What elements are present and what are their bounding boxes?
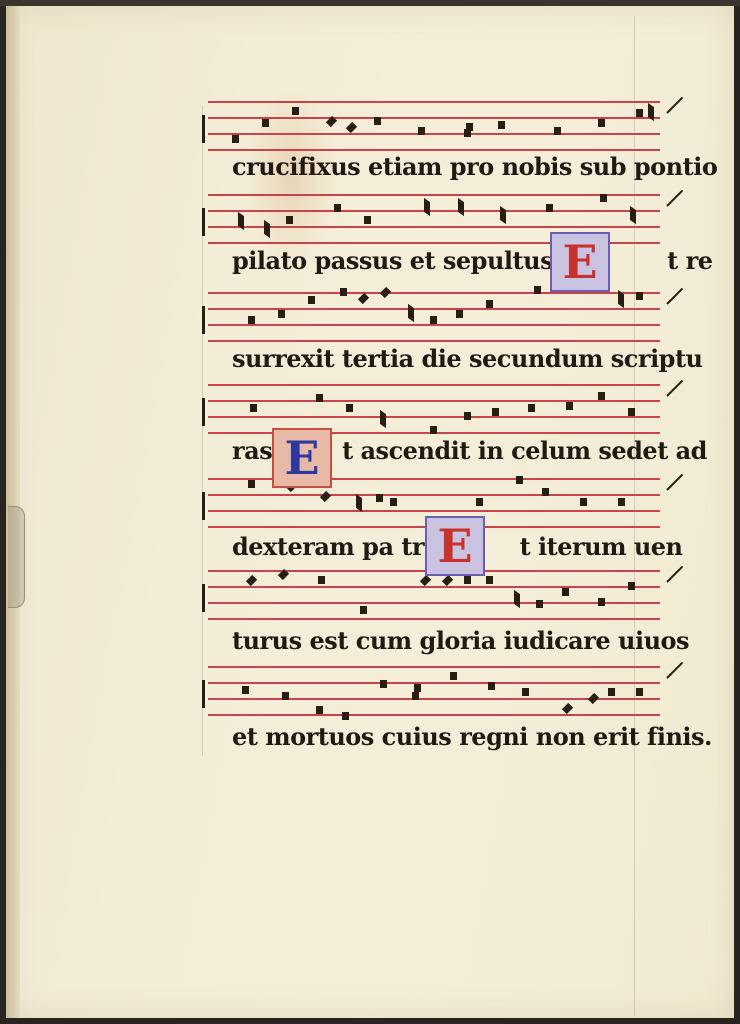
neume-note <box>380 410 386 428</box>
staff-line <box>208 117 660 119</box>
neume-note <box>476 498 483 506</box>
neume-note <box>618 290 624 308</box>
staff-line <box>208 494 660 496</box>
clef-icon <box>202 115 209 143</box>
neume-note <box>380 680 387 688</box>
neume-note <box>608 688 615 696</box>
staff-line <box>208 194 660 196</box>
clef-icon <box>202 680 209 708</box>
staff-line <box>208 324 660 326</box>
neume-note <box>492 408 499 416</box>
neume-note <box>464 412 471 420</box>
neume-note <box>600 194 607 202</box>
lyric-line-7: et mortuos cuius regni non erit finis. <box>232 722 712 751</box>
neume-note <box>516 476 523 484</box>
neume-note <box>562 703 573 714</box>
staff-line <box>208 133 660 135</box>
clef-icon <box>202 398 209 426</box>
neume-note <box>412 692 419 700</box>
neume-note <box>598 598 605 606</box>
page-tab-marker <box>8 506 25 608</box>
neume-note <box>488 682 495 690</box>
neume-note <box>598 119 605 127</box>
neume-note <box>286 216 293 224</box>
neume-note <box>430 316 437 324</box>
music-staff-7 <box>208 666 660 718</box>
clef-icon <box>202 208 209 236</box>
lyric-line-2: pilato passus et sepultus est.t re <box>232 246 713 275</box>
neume-note <box>318 576 325 584</box>
neume-note <box>308 296 315 304</box>
staff-line <box>208 210 660 212</box>
lyric-line-6: turus est cum gloria iudicare uiuos <box>232 626 689 655</box>
neume-note <box>534 286 541 294</box>
neume-note <box>514 590 520 608</box>
illuminated-initial-e: E <box>272 428 332 488</box>
staff-line <box>208 149 660 151</box>
staff-line <box>208 308 660 310</box>
staff-line <box>208 226 660 228</box>
neume-note <box>360 606 367 614</box>
neume-note <box>618 498 625 506</box>
lyric-text-after-initial: t re <box>667 246 712 275</box>
neume-note <box>246 575 257 586</box>
music-staff-1 <box>208 101 660 153</box>
neume-note <box>316 706 323 714</box>
neume-note <box>342 712 349 720</box>
music-staff-6 <box>208 570 660 622</box>
neume-note <box>456 310 463 318</box>
neume-note <box>320 491 331 502</box>
ruling-line-left <box>202 106 203 756</box>
neume-note <box>464 576 471 584</box>
neume-note <box>522 688 529 696</box>
neume-note <box>264 220 270 238</box>
neume-note <box>424 198 430 216</box>
neume-note <box>630 206 636 224</box>
neume-note <box>466 123 473 131</box>
neume-note <box>418 127 425 135</box>
lyric-text-after-initial: t ascendit in celum sedet ad <box>342 436 707 465</box>
neume-note <box>292 107 299 115</box>
lyric-text-after-initial: t iterum uen <box>520 532 683 561</box>
neume-note <box>450 672 457 680</box>
neume-note <box>528 404 535 412</box>
neume-note <box>346 122 357 133</box>
neume-note <box>628 582 635 590</box>
neume-note <box>628 408 635 416</box>
neume-note <box>364 216 371 224</box>
neume-note <box>430 426 437 434</box>
neume-note <box>248 316 255 324</box>
neume-note <box>390 498 397 506</box>
neume-note <box>554 127 561 135</box>
neume-note <box>498 121 505 129</box>
clef-icon <box>202 492 209 520</box>
clef-icon <box>202 584 209 612</box>
neume-note <box>358 293 369 304</box>
lyric-text: dexteram pa tris. <box>232 532 454 561</box>
staff-line <box>208 510 660 512</box>
neume-note <box>346 404 353 412</box>
neume-note <box>408 304 414 322</box>
neume-note <box>374 117 381 125</box>
neume-note <box>242 686 249 694</box>
illuminated-initial-e: E <box>425 516 485 576</box>
staff-line <box>208 340 660 342</box>
neume-note <box>486 576 493 584</box>
staff-line <box>208 618 660 620</box>
neume-note <box>580 498 587 506</box>
neume-note <box>458 198 464 216</box>
lyric-line-3: surrexit tertia die secundum scriptu <box>232 344 703 373</box>
neume-note <box>278 310 285 318</box>
staff-line <box>208 384 660 386</box>
neume-note <box>376 494 383 502</box>
staff-line <box>208 602 660 604</box>
neume-note <box>566 402 573 410</box>
neume-note <box>500 206 506 224</box>
staff-line <box>208 416 660 418</box>
neume-note <box>636 292 643 300</box>
neume-note <box>636 109 643 117</box>
neume-note <box>248 480 255 488</box>
lyric-line-1: crucifixus etiam pro nobis sub pontio <box>232 152 717 181</box>
neume-note <box>232 135 239 143</box>
staff-line <box>208 682 660 684</box>
neume-note <box>536 600 543 608</box>
staff-line <box>208 292 660 294</box>
neume-note <box>588 693 599 704</box>
neume-note <box>442 575 453 586</box>
neume-note <box>316 394 323 402</box>
staff-line <box>208 400 660 402</box>
neume-note <box>542 488 549 496</box>
neume-note <box>334 204 341 212</box>
staff-line <box>208 586 660 588</box>
neume-note <box>546 204 553 212</box>
neume-note <box>250 404 257 412</box>
staff-line <box>208 666 660 668</box>
neume-note <box>562 588 569 596</box>
neume-note <box>486 300 493 308</box>
neume-note <box>420 575 431 586</box>
music-staff-3 <box>208 292 660 344</box>
neume-note <box>340 288 347 296</box>
illuminated-initial-e: E <box>550 232 610 292</box>
staff-line <box>208 714 660 716</box>
neume-note <box>414 684 421 692</box>
neume-note <box>262 119 269 127</box>
neume-note <box>282 692 289 700</box>
neume-note <box>598 392 605 400</box>
clef-icon <box>202 306 209 334</box>
neume-note <box>636 688 643 696</box>
staff-line <box>208 101 660 103</box>
